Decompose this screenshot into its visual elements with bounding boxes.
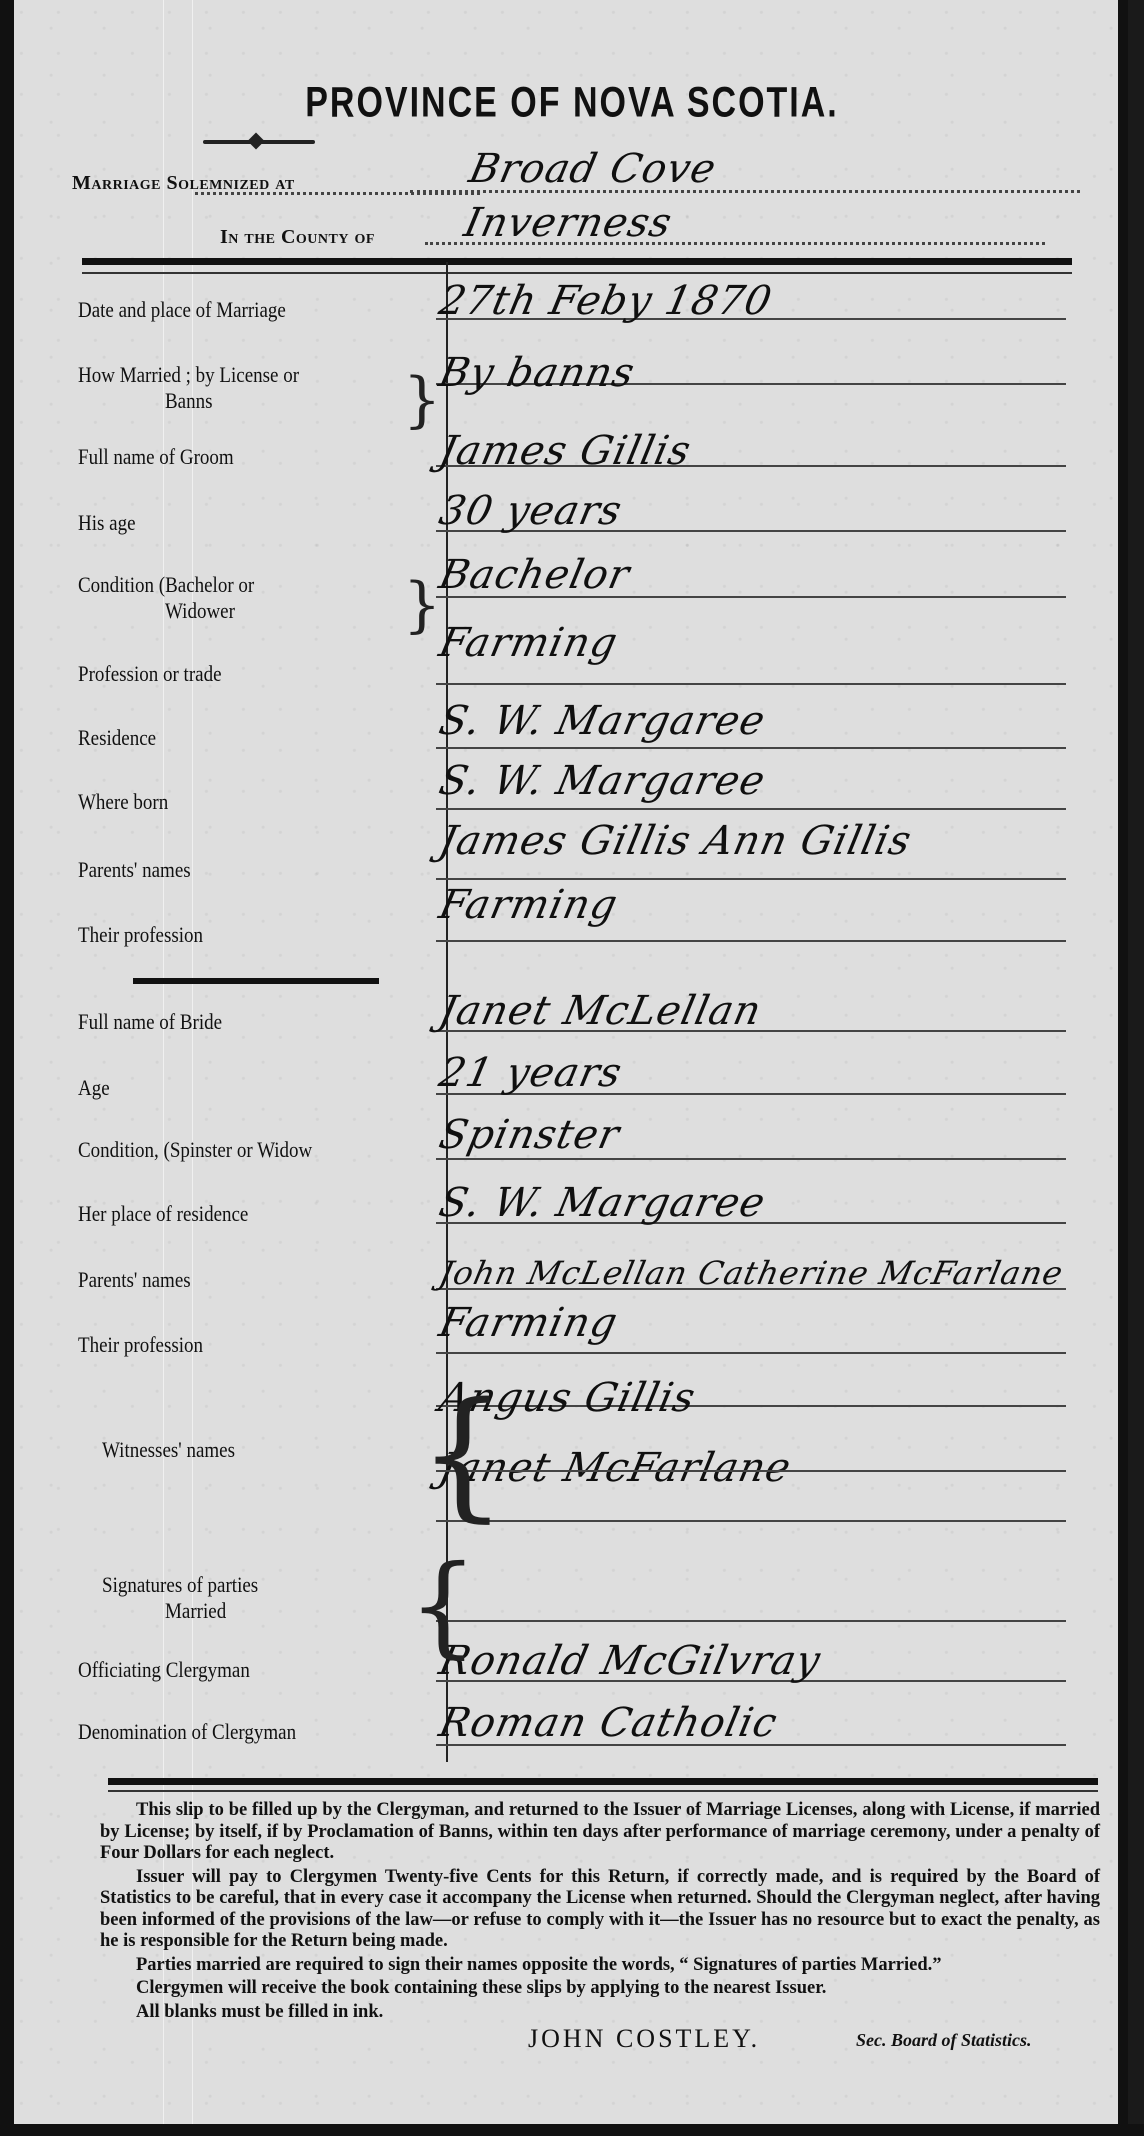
handwritten-entry: Farming bbox=[435, 1300, 622, 1346]
document-title: PROVINCE OF NOVA SCOTIA. bbox=[0, 79, 1144, 128]
field-label: Full name of Groom bbox=[78, 445, 234, 471]
solemnized-value: Broad Cove bbox=[465, 146, 721, 192]
field-label: His age bbox=[78, 511, 136, 537]
footer-rule-thin bbox=[108, 1790, 1098, 1792]
field-label: How Married ; by License or bbox=[78, 363, 299, 389]
entry-line bbox=[436, 878, 1066, 880]
entry-line bbox=[436, 808, 1066, 810]
notice-paragraph: Issuer will pay to Clergymen Twenty-five… bbox=[100, 1867, 1100, 1953]
handwritten-entry: 30 years bbox=[435, 488, 626, 534]
header-rule-thin bbox=[82, 272, 1072, 274]
field-label: Full name of Bride bbox=[78, 1010, 222, 1036]
field-label: Residence bbox=[78, 726, 156, 752]
field-label: Parents' names bbox=[78, 858, 191, 884]
county-label: In the County of bbox=[220, 226, 375, 249]
county-value: Inverness bbox=[460, 200, 676, 246]
brace: { bbox=[408, 1550, 478, 1660]
handwritten-entry: 27th Feby 1870 bbox=[435, 278, 776, 324]
scan-border-bottom bbox=[0, 2124, 1144, 2136]
field-label-continued: Banns bbox=[165, 389, 213, 415]
field-label: Denomination of Clergyman bbox=[78, 1720, 296, 1746]
field-label: Their profession bbox=[78, 923, 203, 949]
field-label: Date and place of Marriage bbox=[78, 298, 286, 324]
instructions-notice: This slip to be filled up by the Clergym… bbox=[100, 1800, 1100, 2025]
signature-line bbox=[436, 1620, 1066, 1622]
handwritten-entry: Ronald McGilvray bbox=[435, 1638, 825, 1684]
field-label: Condition (Bachelor or bbox=[78, 573, 254, 599]
signature-title: Sec. Board of Statistics. bbox=[856, 2030, 1032, 2051]
entry-line bbox=[436, 1520, 1066, 1522]
entry-line bbox=[436, 1158, 1066, 1160]
entry-line bbox=[436, 940, 1066, 942]
handwritten-entry: 21 years bbox=[435, 1050, 626, 1096]
dotted-line bbox=[410, 190, 1080, 193]
handwritten-entry: James Gillis Ann Gillis bbox=[435, 818, 916, 864]
field-label-continued: Married bbox=[165, 1599, 226, 1625]
field-label: Age bbox=[78, 1076, 110, 1102]
dotted-line bbox=[425, 242, 1045, 245]
handwritten-entry: S. W. Margaree bbox=[435, 758, 770, 804]
notice-paragraph: This slip to be filled up by the Clergym… bbox=[100, 1800, 1100, 1865]
field-label: Parents' names bbox=[78, 1268, 191, 1294]
field-label: Profession or trade bbox=[78, 662, 222, 688]
field-label: Their profession bbox=[78, 1333, 203, 1359]
field-label-continued: Widower bbox=[165, 599, 235, 625]
entry-line bbox=[436, 1470, 1066, 1472]
field-label: Her place of residence bbox=[78, 1202, 248, 1228]
handwritten-entry: S. W. Margaree bbox=[435, 698, 770, 744]
entry-line bbox=[436, 683, 1066, 685]
handwritten-entry: James Gillis bbox=[435, 428, 695, 474]
handwritten-entry: Farming bbox=[435, 620, 622, 666]
handwritten-entry: Bachelor bbox=[435, 552, 634, 598]
handwritten-entry: S. W. Margaree bbox=[435, 1180, 770, 1226]
scan-border-right bbox=[1128, 0, 1144, 2136]
field-label: Witnesses' names bbox=[102, 1438, 235, 1464]
field-label: Signatures of parties bbox=[102, 1573, 258, 1599]
handwritten-entry: By banns bbox=[435, 350, 639, 396]
entry-line bbox=[436, 1352, 1066, 1354]
field-label: Condition, (Spinster or Widow bbox=[78, 1138, 312, 1164]
signature-name: JOHN COSTLEY. bbox=[528, 2024, 760, 2054]
notice-paragraph: All blanks must be filled in ink. bbox=[100, 2002, 1100, 2024]
brace: } bbox=[403, 370, 441, 430]
brace: } bbox=[403, 575, 441, 635]
handwritten-entry: John McLellan Catherine McFarlane bbox=[436, 1254, 1067, 1292]
notice-paragraph: Clergymen will receive the book containi… bbox=[100, 1978, 1100, 2000]
footer-rule-thick bbox=[108, 1778, 1098, 1785]
bride-section-rule bbox=[133, 978, 379, 984]
field-label: Where born bbox=[78, 790, 168, 816]
handwritten-entry: Spinster bbox=[435, 1112, 624, 1158]
notice-paragraph: Parties married are required to sign the… bbox=[100, 1955, 1100, 1977]
header-rule-thick bbox=[82, 258, 1072, 265]
handwritten-entry: Janet McLellan bbox=[435, 988, 766, 1034]
handwritten-entry: Roman Catholic bbox=[435, 1700, 782, 1746]
entry-line bbox=[436, 747, 1066, 749]
field-label: Officiating Clergyman bbox=[78, 1658, 250, 1684]
handwritten-entry: Farming bbox=[435, 882, 622, 928]
brace: { bbox=[418, 1385, 507, 1525]
